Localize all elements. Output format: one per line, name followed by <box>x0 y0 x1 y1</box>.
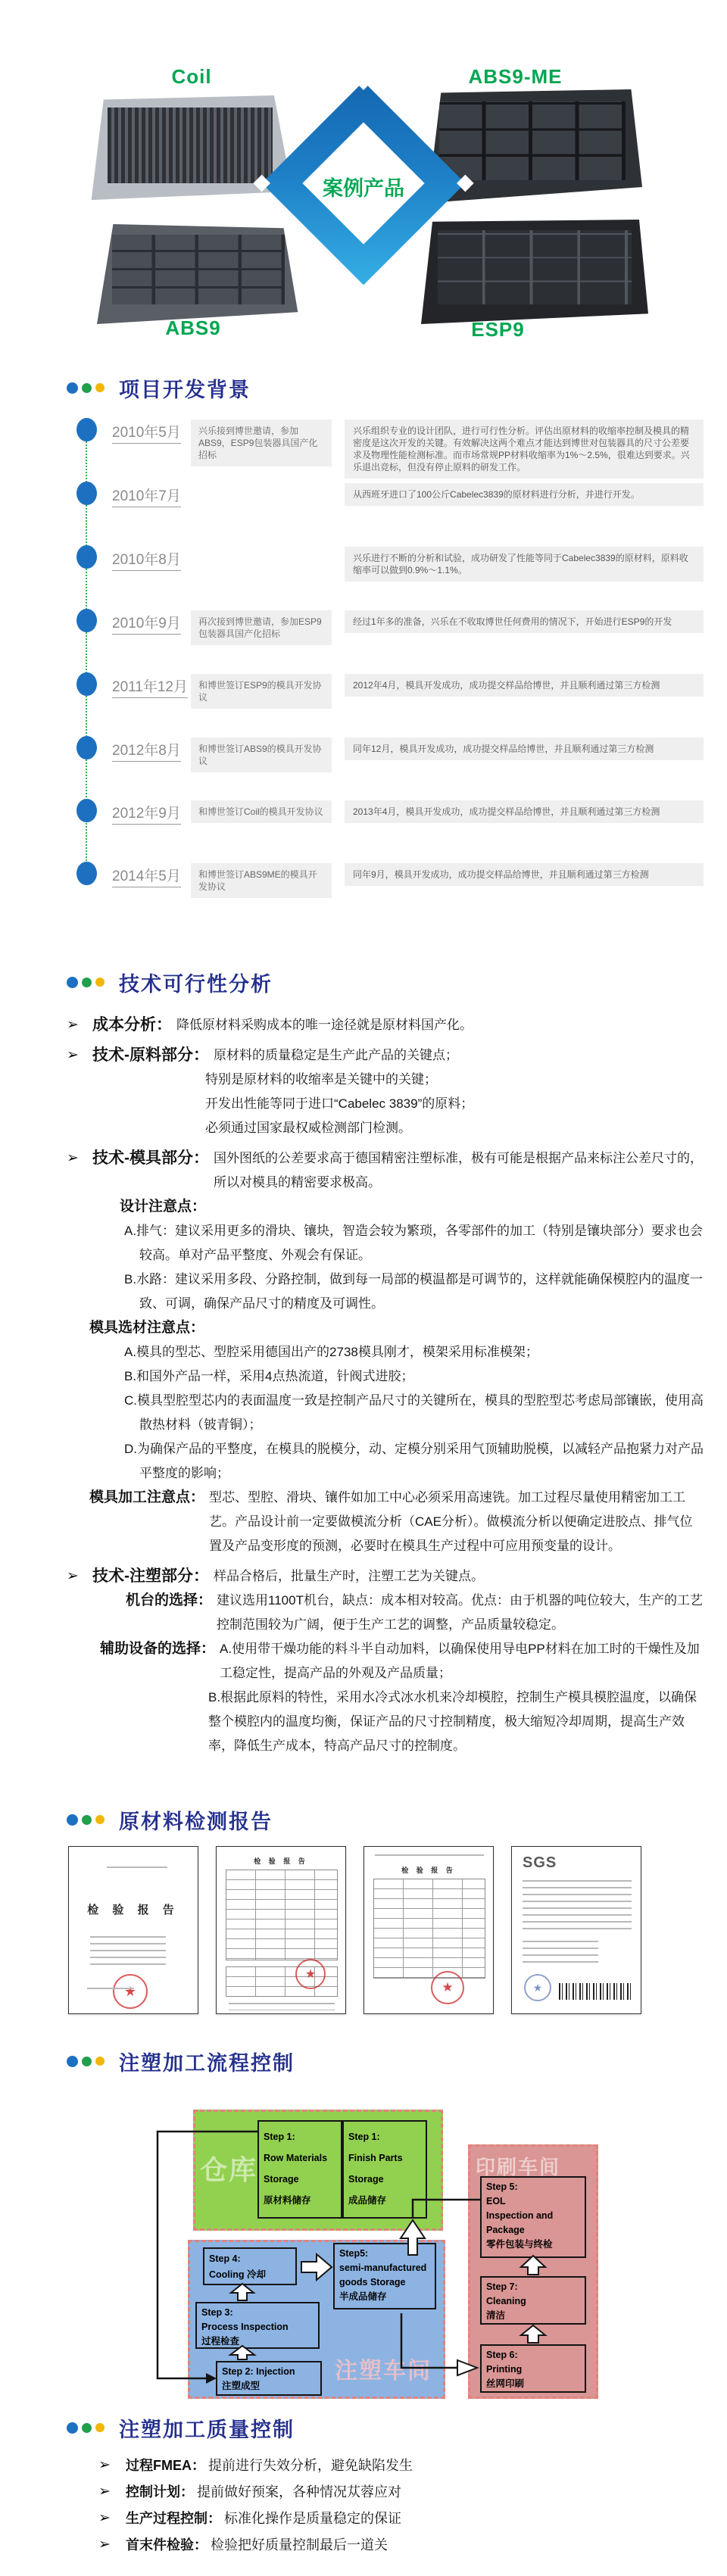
case-products-label: 案例产品 <box>307 172 420 201</box>
quality-text: 提前做好预案，各种情况苁蓉应对 <box>197 2483 704 2501</box>
feasibility-line: 开发出性能等同于进口“Cabelec 3839”的原料； <box>67 1092 704 1116</box>
blue-stamp-icon: ★ <box>524 1974 551 2001</box>
line-text: 必须通过国家最权威检测部门检测。 <box>205 1116 704 1140</box>
line-label: 技术-注塑部分： <box>92 1564 209 1589</box>
blue-to-print-elbow <box>401 2313 457 2368</box>
feasibility-line: ➢ 成本分析： 降低原材料采购成本的唯一途径就是原材料国产化。 <box>67 1013 704 1037</box>
quality-item: ➢ 控制计划： 提前做好预案，各种情况苁蓉应对 <box>98 2483 704 2501</box>
feasibility-line: ➢ 技术-模具部分： 国外图纸的公差要求高于德国精密注塑标准，极有可能是根据产品… <box>67 1146 704 1195</box>
line-text: B.和国外产品一样，采用4点热流道，针阀式进胶； <box>124 1369 414 1383</box>
line-text: 特别是原材料的收缩率是关键中的关键； <box>205 1068 704 1092</box>
section-title: 注塑加工流程控制 <box>119 2047 295 2076</box>
barcode <box>559 1983 632 2000</box>
timeline-note: 再次接到博世邀请，参加ESP9包装器具国产化招标 <box>191 610 332 645</box>
timeline-date: 2014年5月 <box>112 865 181 887</box>
timeline-dot-icon <box>76 545 97 569</box>
line-text: 降低原材料采购成本的唯一途径就是原材料国产化。 <box>176 1013 704 1037</box>
arrow-bullet-icon: ➢ <box>98 2483 126 2501</box>
feasibility-line: 特别是原材料的收缩率是关键中的关键； <box>67 1068 704 1092</box>
feasibility-line: D.为确保产品的平整度，在模具的脱模分，动、定模分别采用气顶辅助脱模，以减轻产品… <box>67 1437 704 1486</box>
timeline-dot-icon <box>76 736 97 759</box>
timeline-note: 和博世签订ABS9的模具开发协议 <box>191 738 332 772</box>
line-text: 国外图纸的公差要求高于德国精密注塑标准，极有可能是根据产品来标注公差尺寸的，所以… <box>214 1146 704 1195</box>
arrow-bullet-icon: ➢ <box>67 1146 92 1171</box>
product-label-coil: Coil <box>135 65 248 89</box>
timeline-date: 2010年9月 <box>112 612 181 635</box>
timeline-detail: 兴乐进行不断的分析和试验，成功研发了性能等同于Cabelec3839的原材料，原… <box>345 547 704 582</box>
line-label: 辅助设备的选择： <box>100 1637 215 1661</box>
timeline-note: 和博世签订ABS9ME的模具开发协议 <box>191 863 332 898</box>
feasibility-line: B.和国外产品一样，采用4点热流道，针阀式进胶； <box>67 1364 704 1389</box>
feasibility-line: A.排气：建议采用更多的滑块、镶块，智造会较为繁琐，各零部件的加工（特别是镶块部… <box>67 1219 704 1268</box>
coil-tray-detail <box>108 108 273 183</box>
section-title: 技术可行性分析 <box>119 968 273 997</box>
line-text: 型芯、型腔、滑块、镶件如加工中心必须采用高速铣。加工过程尽量使用精密加工工艺。产… <box>209 1486 704 1558</box>
feasibility-line: ➢ 技术-注塑部分： 样品合格后，批量生产时，注塑工艺为关键点。 <box>67 1564 704 1589</box>
line-text: 建议选用1100T机台，缺点：成本相对较高。优点：由于机器的吨位较大，生产的工艺… <box>217 1589 704 1637</box>
quality-text: 提前进行失效分析，避免缺陷发生 <box>208 2456 704 2475</box>
esp9-tray-detail <box>438 230 632 304</box>
quality-label: 控制计划： <box>126 2483 194 2501</box>
product-label-esp9: ESP9 <box>439 318 557 341</box>
arrow-bullet-icon: ➢ <box>67 1043 92 1068</box>
timeline-dot-icon <box>76 862 97 885</box>
arrow-bullet-icon: ➢ <box>67 1564 92 1589</box>
arrow-right-icon <box>301 2254 332 2280</box>
feed-elbow-line <box>158 2132 257 2378</box>
feasibility-line: A.模具的型芯、型腔采用德国出产的2738模具刚才，模架采用标准模架； <box>67 1340 704 1364</box>
line-label: 模具选材注意点： <box>89 1316 204 1340</box>
feasibility-line: 设计注意点： <box>67 1195 704 1219</box>
report-document-sgs: SGS ★ <box>511 1846 641 2014</box>
product-label-abs9me: ABS9-ME <box>453 65 578 89</box>
report-document-table: 检 验 报 告 ★ <box>363 1846 494 2014</box>
section-title: 原材料检测报告 <box>119 1805 273 1835</box>
header-dots-icon <box>67 1814 108 1826</box>
timeline-date: 2010年8月 <box>112 548 181 571</box>
doc-line <box>87 1988 134 1994</box>
doc-line <box>107 1867 167 1873</box>
timeline-detail: 从西班牙进口了100公斤Cabelec3839的原材料进行分析，并进行开发。 <box>345 483 704 506</box>
arrow-bullet-icon: ➢ <box>98 2536 126 2554</box>
timeline-note: 和博世签订ESP9的模具开发协议 <box>191 674 332 709</box>
line-text: B.根据此原料的特性，采用水冷式冰水机来冷却模腔，控制生产模具模腔温度，以确保整… <box>208 1686 704 1758</box>
eol-to-storage-elbow <box>413 2200 480 2219</box>
timeline-date: 2010年7月 <box>112 485 181 507</box>
line-text: 原材料的质量稳定是生产此产品的关键点； <box>214 1043 704 1068</box>
line-label: 设计注意点： <box>120 1195 206 1219</box>
feasibility-line: B.水路：建议采用多段、分路控制，做到每一局部的模温都是可调节的，这样就能确保模… <box>67 1268 704 1316</box>
line-text: A.排气：建议采用更多的滑块、镶块，智造会较为繁琐，各零部件的加工（特别是镶块部… <box>124 1224 703 1262</box>
doc-line <box>229 2003 335 2010</box>
line-text: 样品合格后，批量生产时，注塑工艺为关键点。 <box>214 1564 704 1589</box>
product-label-abs9: ABS9 <box>136 317 250 340</box>
abs9-tray-detail <box>112 235 285 304</box>
timeline-note: 兴乐接到博世邀请，参加ABS9，ESP9包装器具国产化招标 <box>191 419 332 466</box>
quality-item: ➢ 生产过程控制： 标准化操作是质量稳定的保证 <box>98 2509 704 2528</box>
report-document-cover: 检 验 报 告 ★ <box>68 1846 198 2014</box>
timeline-note: 和博世签订Coil的模具开发协议 <box>191 800 332 823</box>
arrow-up-icon <box>521 2256 545 2275</box>
red-stamp-icon: ★ <box>431 1971 464 2004</box>
line-text: 开发出性能等同于进口“Cabelec 3839”的原料； <box>205 1092 704 1116</box>
feasibility-line: B.根据此原料的特性，采用水冷式冰水机来冷却模腔，控制生产模具模腔温度，以确保整… <box>67 1686 704 1758</box>
report-title: 检 验 报 告 <box>217 1856 345 1866</box>
timeline-dot-icon <box>76 609 97 632</box>
quality-text: 标准化操作是质量稳定的保证 <box>224 2509 704 2528</box>
feasibility-line: 必须通过国家最权威检测部门检测。 <box>67 1116 704 1140</box>
quality-label: 过程FMEA： <box>126 2456 205 2475</box>
section-header-background: 项目开发背景 <box>67 373 251 403</box>
arrow-right-icon <box>457 2360 477 2375</box>
quality-text: 检验把好质量控制最后一道关 <box>211 2536 704 2554</box>
timeline-date: 2012年8月 <box>112 739 181 762</box>
timeline-detail: 经过1年多的准备，兴乐在不收取博世任何费用的情况下，开始进行ESP9的开发 <box>345 610 704 633</box>
line-label: 机台的选择： <box>126 1589 212 1613</box>
section-title: 项目开发背景 <box>119 373 251 403</box>
line-label: 模具加工注意点： <box>89 1486 204 1510</box>
line-text: A.使用带干燥功能的料斗半自动加料，以确保使用导电PP材料在加工时的干燥性及加工… <box>220 1637 704 1686</box>
timeline-dot-icon <box>76 799 97 822</box>
doc-line <box>523 1880 632 1933</box>
timeline-date: 2010年5月 <box>112 421 181 444</box>
section-title: 注塑加工质量控制 <box>119 2413 295 2443</box>
timeline-detail: 同年9月，模具开发成功，成功提交样品给博世，并且顺利通过第三方检测 <box>345 863 704 886</box>
quality-item: ➢ 过程FMEA： 提前进行失效分析，避免缺陷发生 <box>98 2456 704 2475</box>
feasibility-line: 模具选材注意点： <box>67 1316 704 1340</box>
report-title: 检 验 报 告 <box>69 1901 198 1917</box>
line-label: 成本分析： <box>92 1013 172 1037</box>
report-title: 检 验 报 告 <box>364 1865 493 1875</box>
timeline-detail: 2013年4月，模具开发成功，成功提交样品给博世，并且顺利通过第三方检测 <box>345 800 704 823</box>
line-label: 技术-原料部分： <box>92 1043 209 1068</box>
timeline-dot-icon <box>76 482 97 505</box>
arrow-right-icon <box>206 2373 217 2384</box>
arrow-up-icon <box>230 2346 254 2359</box>
header-dots-icon <box>67 382 108 394</box>
feasibility-line: ➢ 技术-原料部分： 原材料的质量稳定是生产此产品的关键点； <box>67 1043 704 1068</box>
doc-table <box>373 1879 485 1979</box>
timeline-detail: 同年12月，模具开发成功，成功提交样品给博世，并且顺利通过第三方检测 <box>345 738 704 760</box>
abs9me-tray-detail <box>439 101 626 180</box>
red-stamp-icon: ★ <box>295 1959 326 1989</box>
section-header-quality: 注塑加工质量控制 <box>67 2412 295 2443</box>
section-header-process: 注塑加工流程控制 <box>67 2046 295 2076</box>
timeline-detail: 兴乐组织专业的设计团队，进行可行性分析。评估出原材料的收缩率控制及模具的精密度是… <box>345 419 704 479</box>
timeline-date: 2011年12月 <box>112 675 188 698</box>
quality-label: 生产过程控制： <box>126 2509 221 2528</box>
line-text: A.模具的型芯、型腔采用德国出产的2738模具刚才，模架采用标准模架； <box>124 1345 538 1359</box>
quality-item: ➢ 首末件检验： 检验把好质量控制最后一道关 <box>98 2536 704 2554</box>
timeline-dot-icon <box>76 672 97 696</box>
timeline-date: 2012年9月 <box>112 802 181 825</box>
section-header-feasibility: 技术可行性分析 <box>67 967 273 997</box>
header-dots-icon <box>67 2056 108 2067</box>
arrow-up-icon <box>401 2220 425 2255</box>
doc-line <box>375 1854 484 1859</box>
feasibility-line: 机台的选择： 建议选用1100T机台，缺点：成本相对较高。优点：由于机器的吨位较… <box>67 1589 704 1637</box>
section-header-reports: 原材料检测报告 <box>67 1804 273 1835</box>
doc-line <box>523 1941 598 1966</box>
line-label: 技术-模具部分： <box>92 1146 209 1171</box>
arrow-up-icon <box>521 2325 545 2343</box>
abs9-tray-image <box>97 224 300 324</box>
line-text: C.模具型腔型芯内的表面温度一致是控制产品尺寸的关键所在，模具的型腔型芯考虑局部… <box>124 1393 704 1432</box>
report-document-form: 检 验 报 告 ★ <box>216 1846 346 2014</box>
header-dots-icon <box>67 977 108 988</box>
flow-arrows-layer <box>0 2105 727 2431</box>
line-text: D.为确保产品的平整度，在模具的脱模分，动、定模分别采用气顶辅助脱模，以减轻产品… <box>124 1442 704 1480</box>
arrow-bullet-icon: ➢ <box>98 2456 126 2475</box>
header-dots-icon <box>67 2422 108 2434</box>
doc-line <box>90 1936 166 1969</box>
line-text: B.水路：建议采用多段、分路控制，做到每一局部的模温都是可调节的，这样就能确保模… <box>124 1272 703 1311</box>
esp9-tray-image <box>421 220 648 324</box>
timeline-detail: 2012年4月，模具开发成功，成功提交样品给博世，并且顺利通过第三方检测 <box>345 674 704 697</box>
feasibility-line: C.模具型腔型芯内的表面温度一致是控制产品尺寸的关键所在，模具的型腔型芯考虑局部… <box>67 1389 704 1437</box>
feasibility-content: ➢ 成本分析： 降低原材料采购成本的唯一途径就是原材料国产化。 ➢ 技术-原料部… <box>67 1007 704 1758</box>
feasibility-line: 模具加工注意点： 型芯、型腔、滑块、镶件如加工中心必须采用高速铣。加工过程尽量使… <box>67 1486 704 1558</box>
timeline-dot-icon <box>76 418 97 441</box>
doc-table <box>226 1870 338 1960</box>
arrow-bullet-icon: ➢ <box>98 2509 126 2528</box>
arrow-up-icon <box>231 2284 254 2300</box>
feasibility-line: 辅助设备的选择： A.使用带干燥功能的料斗半自动加料，以确保使用导电PP材料在加… <box>67 1637 704 1686</box>
quality-label: 首末件检验： <box>126 2536 207 2554</box>
sgs-logo: SGS <box>523 1854 557 1872</box>
arrow-bullet-icon: ➢ <box>67 1013 92 1037</box>
